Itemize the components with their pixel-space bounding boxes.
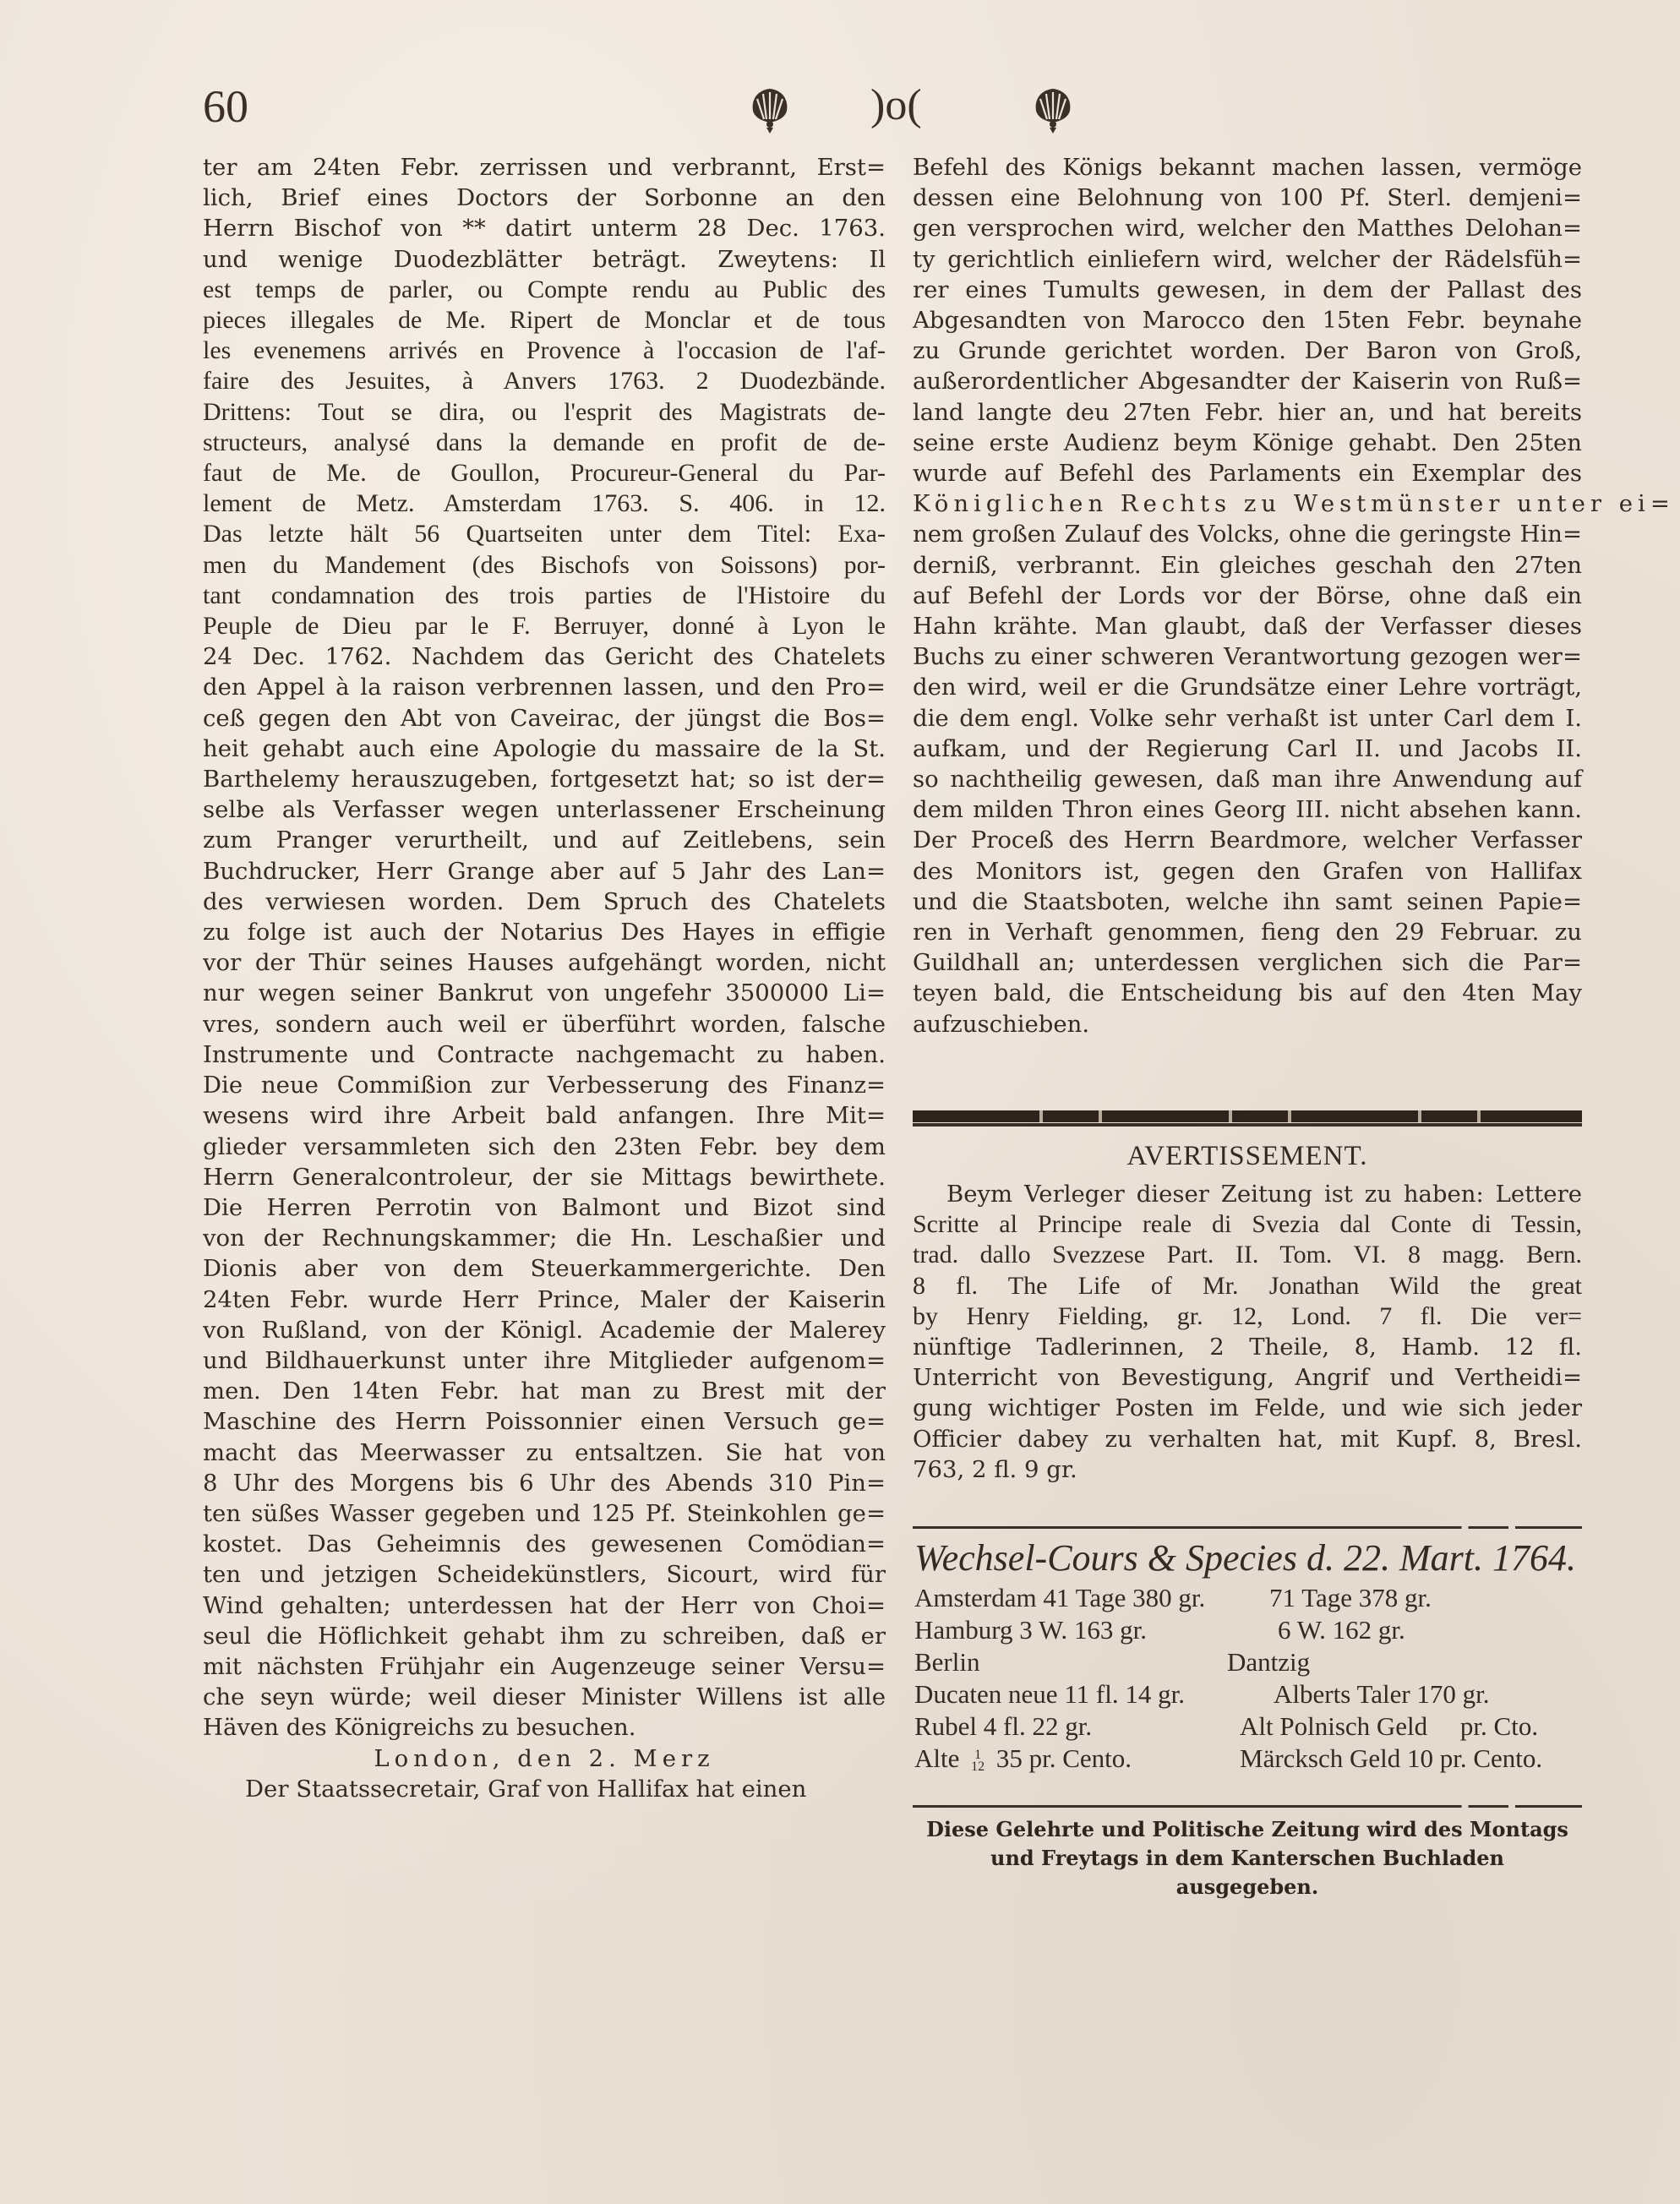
advertisement-text: Beym Verleger dieser Zeitung ist zu habe… [913,1179,1582,1485]
text-line: Das letzte hält 56 Quartseiten unter dem… [203,519,886,549]
text-line: by Henry Fielding, gr. 12, Lond. 7 fl. D… [913,1301,1582,1332]
text-line: Herrn Generalcontroleur, der sie Mittags… [203,1162,886,1192]
text-line: zu Grunde gerichtet worden. Der Baron vo… [913,336,1582,366]
text-line: faire des Jesuites, à Anvers 1763. 2 Duo… [203,366,886,396]
text-line: aufkam, und der Regierung Carl II. und J… [913,734,1582,764]
text-line: est temps de parler, ou Compte rendu au … [203,275,886,305]
exchange-cell: Alberts Taler 170 gr. [1274,1678,1490,1710]
text-line: von Rußland, von der Königl. Academie de… [203,1315,886,1345]
text-line: Unterricht von Bevestigung, Angrif und V… [913,1362,1582,1393]
text-line: und die Staatsboten, welche ihn samt sei… [913,887,1582,917]
shell-ornament-icon [748,85,792,141]
exchange-cell: Dantzig [1227,1646,1310,1678]
page-header: 60 )o( [203,80,1589,148]
text-line: Befehl des Königs bekannt machen lassen,… [913,152,1582,183]
text-line: faut de Me. de Goullon, Procureur-Genera… [203,458,886,488]
text-line: men. Den 14ten Febr. hat man zu Brest mi… [203,1376,886,1406]
text-line: den wird, weil er die Grundsätze einer L… [913,672,1582,702]
text-line: Beym Verleger dieser Zeitung ist zu habe… [913,1179,1582,1209]
exchange-row: Hamburg 3 W. 163 gr. 6 W. 162 gr. [914,1614,1590,1646]
text-line: lich, Brief eines Doctors der Sorbonne a… [203,183,886,213]
text-line: Maschine des Herrn Poissonnier einen Ver… [203,1406,886,1437]
text-line: ter am 24ten Febr. zerrissen und verbran… [203,152,886,183]
exchange-row: Rubel 4 fl. 22 gr. Alt Polnisch Geld pr.… [914,1710,1590,1743]
text-line: gen versprochen wird, welcher den Matthe… [913,213,1582,243]
section-divider [913,1526,1582,1529]
text-line: Abgesandten von Marocco den 15ten Febr. … [913,305,1582,336]
text-line: che seyn würde; weil dieser Minister Wil… [203,1682,886,1712]
text-line: Wind gehalten; unterdessen hat der Herr … [203,1590,886,1621]
text-line: so nachtheilig gewesen, daß man ihre Anw… [913,764,1582,794]
text-line: die dem engl. Volke sehr verhaßt ist unt… [913,703,1582,734]
text-line: 763, 2 fl. 9 gr. [913,1454,1582,1485]
text-line: Buchs zu einer schweren Verantwortung ge… [913,641,1582,672]
text-line: Die neue Commißion zur Verbesserung des … [203,1070,886,1100]
section-divider [913,1805,1582,1808]
text-line: ausgegeben. [913,1873,1582,1901]
text-line: ty gerichtlich einliefern wird, welcher … [913,244,1582,275]
text-line: und wenige Duodezblätter beträgt. Zweyte… [203,244,886,275]
text-line: dem milden Thron eines Georg III. nicht … [913,794,1582,825]
separator-ornament: )o( [870,84,922,128]
exchange-rates-title: Wechsel-Cours & Species d. 22. Mart. 176… [914,1536,1590,1579]
exchange-cell: Berlin [914,1646,980,1678]
text-line: ceß gegen den Abt von Caveirac, der jüng… [203,703,886,734]
text-line: ten süßes Wasser gegeben und 125 Pf. Ste… [203,1498,886,1529]
text-line: des Monitors ist, gegen den Grafen von H… [913,856,1582,887]
text-line: gung wichtiger Posten im Felde, und wie … [913,1393,1582,1423]
text-line: Diese Gelehrte und Politische Zeitung wi… [913,1815,1582,1844]
text-line: heit gehabt auch eine Apologie du massai… [203,734,886,764]
text-line: des verwiesen worden. Dem Spruch des Cha… [203,887,886,917]
text-line: Häven des Königreichs zu besuchen. [203,1712,886,1743]
left-column-text: ter am 24ten Febr. zerrissen und verbran… [203,152,886,1804]
text-line: nem großen Zulauf des Volcks, ohne die g… [913,519,1582,549]
text-line: lement de Metz. Amsterdam 1763. S. 406. … [203,488,886,519]
text-line: den Appel à la raison verbrennen lassen,… [203,672,886,702]
text-line: und Freytags in dem Kanterschen Buchlade… [913,1844,1582,1873]
text-line: Instrumente und Contracte nachgemacht zu… [203,1039,886,1070]
page-number: 60 [203,80,248,133]
text-line: Drittens: Tout se dira, ou l'esprit des … [203,397,886,428]
text-line: kostet. Das Geheimnis des gewesenen Comö… [203,1529,886,1559]
text-line: seine erste Audienz beym Könige gehabt. … [913,428,1582,458]
text-line: 24ten Febr. wurde Herr Prince, Maler der… [203,1285,886,1315]
text-line: trad. dallo Svezzese Part. II. Tom. VI. … [913,1240,1582,1270]
exchange-value: 35 pr. Cento. [996,1743,1132,1773]
exchange-cell: Märcksch Geld 10 pr. Cento. [1240,1743,1542,1775]
text-line: tant condamnation des trois parties de l… [203,581,886,611]
text-line: Guildhall an; unterdessen verglichen sic… [913,947,1582,978]
text-line: nünftige Tadlerinnen, 2 Theile, 8, Hamb.… [913,1332,1582,1362]
text-line: Herrn Bischof von ** datirt unterm 28 De… [203,213,886,243]
exchange-row: Alte 1 12 35 pr. Cento. Märcksch Geld 10… [914,1743,1590,1775]
text-line: men du Mandement (des Bischofs von Soiss… [203,550,886,581]
exchange-cell: 71 Tage 378 gr. [1269,1582,1432,1614]
text-line: pieces illegales de Me. Ripert de Moncla… [203,305,886,336]
shell-ornament-icon [1031,85,1075,141]
text-line: Officier dabey zu verhalten hat, mit Kup… [913,1424,1582,1454]
text-line: Peuple de Dieu par le F. Berruyer, donné… [203,611,886,641]
publication-note: Diese Gelehrte und Politische Zeitung wi… [913,1815,1582,1901]
text-line: von der Rechnungskammer; die Hn. Leschaß… [203,1223,886,1253]
section-divider [913,1110,1582,1122]
dateline: London, den 2. Merz [203,1743,886,1774]
exchange-rates-table: Amsterdam 41 Tage 380 gr. 71 Tage 378 gr… [914,1582,1590,1775]
text-line: Königlichen Rechts zu Westmünster unter … [913,488,1582,519]
text-line: teyen bald, die Entscheidung bis auf den… [913,978,1582,1008]
text-line: mit nächsten Frühjahr ein Augenzeuge sei… [203,1651,886,1682]
exchange-cell: Alte 1 12 35 pr. Cento. [914,1743,1132,1775]
text-line: Der Proceß des Herrn Beardmore, welcher … [913,825,1582,855]
text-line: auf Befehl der Lords vor der Börse, ohne… [913,581,1582,611]
text-line: rer eines Tumults gewesen, in dem der Pa… [913,275,1582,305]
right-column-text: Befehl des Königs bekannt machen lassen,… [913,152,1582,1039]
newspaper-page: 60 )o( ter am [0,0,1680,2204]
exchange-cell: Rubel 4 fl. 22 gr. [914,1710,1092,1743]
text-line: Die Herren Perrotin von Balmont und Bizo… [203,1192,886,1223]
text-line: außerordentlicher Abgesandter der Kaiser… [913,366,1582,396]
text-line: ten und jetzigen Scheidekünstlers, Sicou… [203,1559,886,1590]
text-line: seul die Höflichkeit gehabt ihm zu schre… [203,1621,886,1651]
text-line: selbe als Verfasser wegen unterlassener … [203,794,886,825]
text-line: glieder versammleten sich den 23ten Febr… [203,1132,886,1162]
text-line: aufzuschieben. [913,1009,1582,1039]
text-line: land langte deu 27ten Febr. hier an, und… [913,397,1582,428]
text-line: wesens wird ihre Arbeit bald anfangen. I… [203,1100,886,1131]
exchange-row: Ducaten neue 11 fl. 14 gr. Alberts Taler… [914,1678,1590,1710]
exchange-label: Alte [914,1743,959,1773]
text-line: 24 Dec. 1762. Nachdem das Gericht des Ch… [203,641,886,672]
text-line: 8 fl. The Life of Mr. Jonathan Wild the … [913,1271,1582,1301]
exchange-cell: Amsterdam 41 Tage 380 gr. [914,1582,1205,1614]
text-line: und Bildhauerkunst unter ihre Mitglieder… [203,1345,886,1376]
text-line: Hahn krähte. Man glaubt, daß der Verfass… [913,611,1582,641]
exchange-row: Berlin Dantzig [914,1646,1590,1678]
text-line: macht das Meerwasser zu entsaltzen. Sie … [203,1438,886,1468]
text-line: dessen eine Belohnung von 100 Pf. Sterl.… [913,183,1582,213]
text-line: Dionis aber von dem Steuerkammergerichte… [203,1253,886,1284]
fraction: 1 12 [971,1749,985,1773]
text-line: zu folge ist auch der Notarius Des Hayes… [203,917,886,947]
text-line: vor der Thür seines Hauses aufgehängt wo… [203,947,886,978]
exchange-cell: 6 W. 162 gr. [1278,1614,1405,1646]
text-line: vres, sondern auch weil er überführt wor… [203,1009,886,1039]
text-line: 8 Uhr des Morgens bis 6 Uhr des Abends 3… [203,1468,886,1498]
fraction-denominator: 12 [971,1761,985,1773]
text-line: zum Pranger verurtheilt, und auf Zeitleb… [203,825,886,855]
exchange-row: Amsterdam 41 Tage 380 gr. 71 Tage 378 gr… [914,1582,1590,1614]
text-line: les evenemens arrivés en Provence à l'oc… [203,336,886,366]
text-line: Scritte al Principe reale di Svezia dal … [913,1209,1582,1240]
text-line: Barthelemy herauszugeben, fortgesetzt ha… [203,764,886,794]
exchange-cell: Hamburg 3 W. 163 gr. [914,1614,1147,1646]
text-line: Buchdrucker, Herr Grange aber auf 5 Jahr… [203,856,886,887]
exchange-cell: Alt Polnisch Geld pr. Cto. [1240,1710,1538,1743]
text-line: ren in Verhaft genommen, fieng den 29 Fe… [913,917,1582,947]
exchange-cell: Ducaten neue 11 fl. 14 gr. [914,1678,1185,1710]
text-line: wurde auf Befehl des Parlaments ein Exem… [913,458,1582,488]
text-line: structeurs, analysé dans la demande en p… [203,428,886,458]
text-line: Der Staatssecretair, Graf von Hallifax h… [203,1774,886,1804]
text-line: nur wegen seiner Bankrut von ungefehr 35… [203,978,886,1008]
text-line: derniß, verbrannt. Ein gleiches geschah … [913,550,1582,581]
advertisement-title: AVERTISSEMENT. [913,1141,1582,1172]
